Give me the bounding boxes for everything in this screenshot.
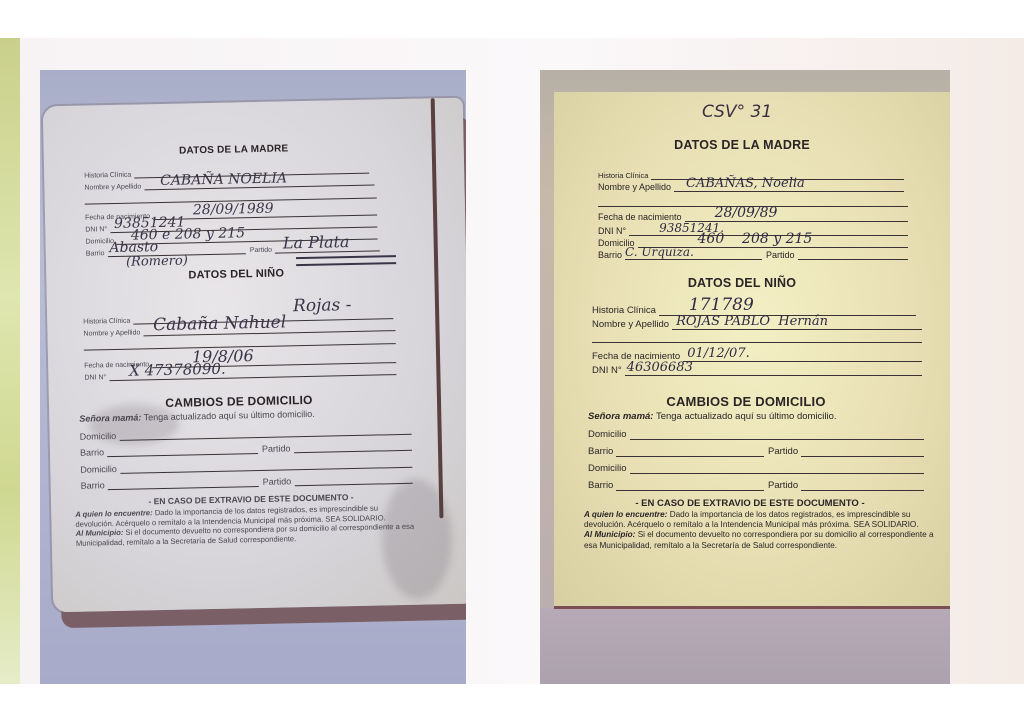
health-booklet-card-right: CSV° 31 DATOS DE LA MADRE Historia Clíni… (554, 92, 950, 609)
mother-section-title: DATOS DE LA MADRE (40, 140, 444, 160)
child-name-field: Nombre y ApellidoROJAS PABLO Hernán (592, 316, 922, 330)
child-dni-field: DNI N°46306683 (592, 362, 922, 376)
change-address-1: Domicilio (588, 426, 924, 440)
page-edge-strip (0, 38, 20, 684)
handwritten-header-note: CSV° 31 (702, 102, 772, 122)
change-partido-1: Partido (262, 437, 412, 454)
change-partido-2: Partido (768, 477, 924, 491)
left-document-photo: DATOS DE LA MADRE Historia Clínica Nombr… (40, 70, 466, 684)
change-partido-1: Partido (768, 443, 924, 457)
barrio-note: (Romero) (126, 253, 188, 269)
lost-notice-title: - EN CASO DE EXTRAVIO DE ESTE DOCUMENTO … (550, 498, 950, 509)
health-booklet-card-left: DATOS DE LA MADRE Historia Clínica Nombr… (43, 98, 466, 613)
child-dni-field: DNI N°X 47378090. (84, 361, 396, 382)
lost-notice-text: A quien lo encuentre: Dado la importanci… (584, 510, 936, 551)
booklet-spine (431, 98, 444, 518)
address-changes-intro: Señora mamá: Tenga actualizado aquí su ú… (588, 412, 948, 423)
right-document-photo: CSV° 31 DATOS DE LA MADRE Historia Clíni… (540, 70, 950, 684)
change-partido-2: Partido (262, 470, 412, 487)
change-barrio-1: Barrio (80, 440, 258, 458)
child-blank-line (592, 342, 922, 343)
change-barrio-2: Barrio (81, 473, 259, 491)
mother-birthdate-field: Fecha de nacimiento28/09/89 (598, 208, 908, 222)
change-barrio-1: Barrio (588, 443, 764, 457)
address-changes-title: CAMBIOS DE DOMICILIO (546, 394, 946, 409)
child-section-title: DATOS DEL NIÑO (40, 264, 446, 285)
child-section-title: DATOS DEL NIÑO (542, 276, 942, 290)
mother-partido-field: Partido (766, 246, 908, 260)
change-barrio-2: Barrio (588, 477, 764, 491)
lost-notice-text: A quien lo encuentre: Dado la importanci… (75, 503, 416, 548)
mother-partido-field: PartidoLa Plata (250, 237, 380, 254)
change-address-2: Domicilio (588, 460, 924, 474)
table-surface (540, 608, 950, 684)
mother-barrio-field: BarrioC. Urquiza. (598, 246, 762, 260)
mother-name-field: Nombre y ApellidoCABAÑAS, Noelia (598, 178, 904, 192)
mother-section-title: DATOS DE LA MADRE (542, 138, 942, 152)
